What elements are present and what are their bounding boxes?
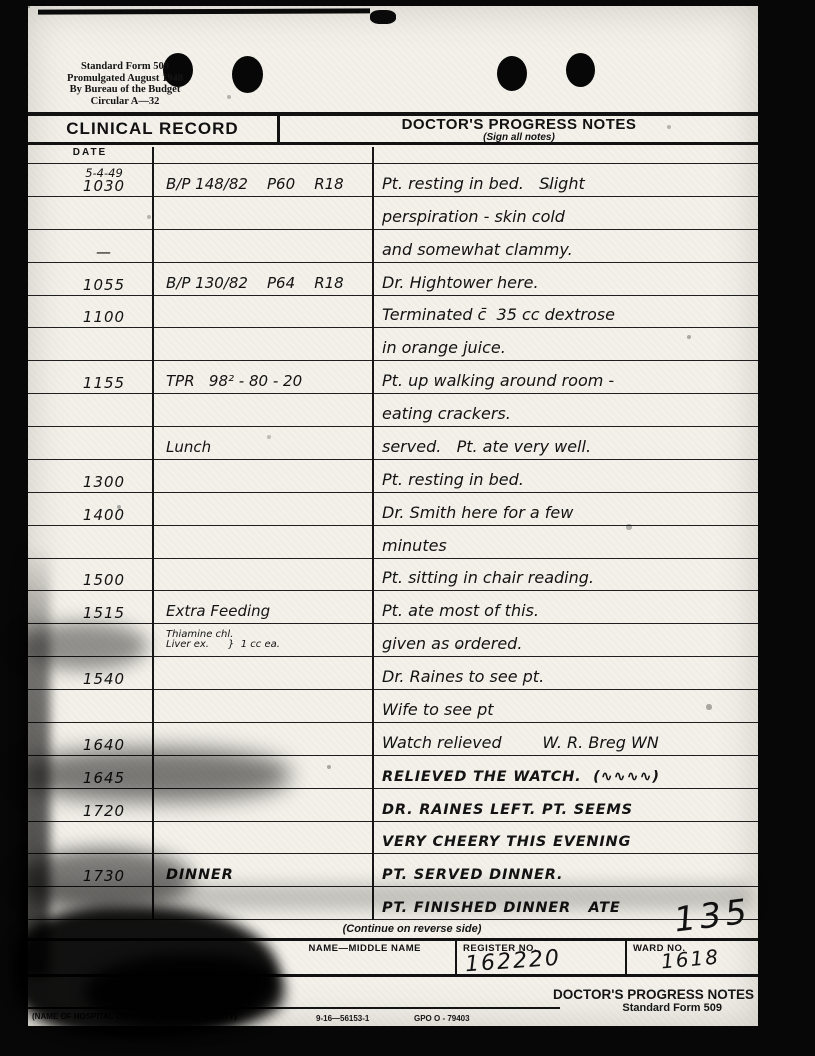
progress-entry-row: VERY CHEERY THIS EVENING [28, 822, 758, 855]
entry-vitals-cell [152, 756, 372, 788]
progress-entry-row: 1400 Dr. Smith here for a few [28, 493, 758, 526]
progress-entry-row: 1540 Dr. Raines to see pt. [28, 657, 758, 690]
entry-vitals-cell [152, 328, 372, 360]
progress-entry-row: Thiamine chl. Liver ex. } 1 cc ea. given… [28, 624, 758, 657]
entry-vitals-cell: B/P 148/82 P60 R18 [152, 164, 372, 196]
entry-vitals-cell: DINNER [152, 854, 372, 886]
title-bar: CLINICAL RECORD DOCTOR'S PROGRESS NOTES … [28, 112, 758, 145]
entry-vitals-cell: Thiamine chl. Liver ex. } 1 cc ea. [152, 624, 372, 656]
entry-vitals-cell [152, 887, 372, 919]
scanned-form-page: Standard Form 509 Promulgated August 194… [28, 6, 758, 1026]
entry-time-cell: 1730 [42, 854, 166, 886]
entry-note-cell: Terminated c̄ 35 cc dextrose [372, 296, 758, 328]
date-column-header: DATE [28, 147, 152, 158]
entry-time-cell: 5-4-49 1030 [42, 164, 166, 196]
entry-time: 1720 [83, 804, 125, 819]
continue-reverse-note: (Continue on reverse side) [272, 923, 552, 935]
stamp-line: Standard Form 509 [54, 61, 196, 73]
entry-note-cell: minutes [372, 526, 758, 558]
entry-time: 1645 [83, 771, 125, 786]
entry-time-cell: 1155 [42, 361, 166, 393]
entry-time: 1100 [83, 310, 125, 325]
progress-entry-row: 5-4-49 1030 B/P 148/82 P60 R18 Pt. resti… [28, 164, 758, 197]
entry-time-cell: 1645 [42, 756, 166, 788]
entry-time: 1730 [83, 869, 125, 884]
entry-time-cell: 1055 [42, 263, 166, 295]
progress-entry-row: minutes [28, 526, 758, 559]
gpo-code: GPO O - 79403 [414, 1014, 470, 1023]
register-no-handwritten: 162220 [464, 946, 561, 978]
entry-note-cell: Pt. ate most of this. [372, 591, 758, 623]
patient-name-label: NAME—MIDDLE NAME [309, 943, 422, 954]
entry-vitals-cell [152, 690, 372, 722]
entry-note-cell: given as ordered. [372, 624, 758, 656]
scan-specks [28, 6, 30, 8]
entry-time: 1515 [83, 606, 125, 621]
entry-note-cell: Dr. Hightower here. [372, 263, 758, 295]
punch-hole [232, 56, 263, 93]
entry-time-cell: 1515 [42, 591, 166, 623]
entry-note-cell: perspiration - skin cold [372, 197, 758, 229]
progress-entry-row: in orange juice. [28, 328, 758, 361]
entry-time: 1055 [83, 278, 125, 293]
stamp-line: By Bureau of the Budget [54, 84, 196, 96]
entry-time-cell: 1300 [42, 460, 166, 492]
progress-entry-row: perspiration - skin cold [28, 197, 758, 230]
entry-time: 1155 [83, 376, 125, 391]
entry-note-cell: VERY CHEERY THIS EVENING [372, 822, 758, 854]
entry-vitals-cell [152, 789, 372, 821]
entry-vitals-cell: Lunch [152, 427, 372, 459]
clinical-record-title: CLINICAL RECORD [28, 116, 280, 142]
entry-vitals-cell: TPR 98² - 80 - 20 [152, 361, 372, 393]
ward-no-cell: WARD NO. 1618 [625, 941, 758, 974]
entry-note-cell: Dr. Raines to see pt. [372, 657, 758, 689]
entry-time-cell: 1720 [42, 789, 166, 821]
entry-time-cell: 1100 [42, 296, 166, 328]
entry-vitals-cell [152, 657, 372, 689]
progress-entry-row: 1720 DR. RAINES LEFT. PT. SEEMS [28, 789, 758, 822]
footer-form-number: Standard Form 509 [622, 1002, 722, 1014]
identification-footer: NAME—MIDDLE NAME REGISTER NO. 162220 WAR… [28, 938, 758, 977]
entry-note-cell: Wife to see pt [372, 690, 758, 722]
entry-vitals-cell [152, 394, 372, 426]
sign-all-notes-subtitle: (Sign all notes) [483, 132, 555, 143]
entry-vitals-cell [152, 296, 372, 328]
entry-note-cell: Pt. up walking around room - [372, 361, 758, 393]
entry-note-cell: Pt. resting in bed. Slight [372, 164, 758, 196]
facility-label: (NAME OF HOSPITAL OR OTHER MEDICAL FACIL… [32, 1012, 237, 1021]
scan-artifact [38, 8, 370, 14]
progress-entry-row: Lunch served. Pt. ate very well. [28, 427, 758, 460]
entry-time: 1500 [83, 573, 125, 588]
page-number-handwritten: 135 [672, 891, 753, 940]
entry-note-cell: Pt. sitting in chair reading. [372, 559, 758, 591]
punch-hole [566, 53, 595, 87]
entry-time-cell [42, 427, 166, 459]
entry-time-cell: 1640 [42, 723, 166, 755]
entry-vitals-cell: B/P 130/82 P64 R18 [152, 263, 372, 295]
entry-vitals-cell [152, 723, 372, 755]
entry-time-cell [42, 624, 166, 656]
entry-time-cell [42, 822, 166, 854]
stamp-line: Circular A—32 [54, 96, 196, 108]
progress-entry-row: 1640 Watch relieved W. R. Breg WN [28, 723, 758, 756]
entry-note-cell: eating crackers. [372, 394, 758, 426]
facility-rule [28, 1007, 560, 1009]
progress-entry-row: — and somewhat clammy. [28, 230, 758, 263]
progress-entry-row: 1730 DINNER PT. SERVED DINNER. [28, 854, 758, 887]
form-stamp: Standard Form 509 Promulgated August 194… [54, 61, 196, 107]
entry-note-cell: RELIEVED THE WATCH. (∿∿∿∿) [372, 756, 758, 788]
entry-note-cell: PT. SERVED DINNER. [372, 854, 758, 886]
entry-time-cell [42, 394, 166, 426]
entry-time-cell [42, 690, 166, 722]
progress-entry-row: 1300 Pt. resting in bed. [28, 460, 758, 493]
entry-vitals-cell: Extra Feeding [152, 591, 372, 623]
entry-note-cell: Pt. resting in bed. [372, 460, 758, 492]
entry-vitals-cell [152, 822, 372, 854]
entry-note-cell: DR. RAINES LEFT. PT. SEEMS [372, 789, 758, 821]
entry-time-cell: 1540 [42, 657, 166, 689]
entry-time: 1030 [83, 179, 125, 194]
scan-artifact [370, 10, 396, 24]
entry-time-cell: 1400 [42, 493, 166, 525]
ward-no-handwritten: 1618 [660, 944, 721, 973]
entry-time-cell: 1500 [42, 559, 166, 591]
entries-table: 5-4-49 1030 B/P 148/82 P60 R18 Pt. resti… [28, 163, 758, 920]
progress-entry-row: 1155 TPR 98² - 80 - 20 Pt. up walking ar… [28, 361, 758, 394]
entry-note-cell: Watch relieved W. R. Breg WN [372, 723, 758, 755]
entry-time-cell [42, 328, 166, 360]
patient-name-cell: NAME—MIDDLE NAME [28, 941, 455, 974]
entry-time: 1540 [83, 672, 125, 687]
stamp-line: Promulgated August 1948 [54, 73, 196, 85]
progress-entry-row: eating crackers. [28, 394, 758, 427]
progress-entry-row: 1500 Pt. sitting in chair reading. [28, 559, 758, 592]
entry-time: 1300 [83, 475, 125, 490]
entry-note-cell: Dr. Smith here for a few [372, 493, 758, 525]
entry-time-cell [42, 197, 166, 229]
entry-time-cell [42, 887, 166, 919]
entry-note-cell: served. Pt. ate very well. [372, 427, 758, 459]
progress-entry-row: 1100 Terminated c̄ 35 cc dextrose [28, 296, 758, 329]
entry-time-cell: — [42, 230, 166, 262]
progress-entry-row: PT. FINISHED DINNER ATE [28, 887, 758, 920]
entry-time: — [96, 245, 112, 260]
entry-vitals-cell [152, 197, 372, 229]
entry-time: 1640 [83, 738, 125, 753]
progress-entry-row: 1515 Extra Feeding Pt. ate most of this. [28, 591, 758, 624]
entry-vitals-cell [152, 493, 372, 525]
punch-hole [497, 56, 527, 91]
entry-vitals-cell [152, 559, 372, 591]
entry-time: 1400 [83, 508, 125, 523]
entry-vitals-cell [152, 230, 372, 262]
entry-vitals-cell [152, 526, 372, 558]
progress-entry-row: 1645 RELIEVED THE WATCH. (∿∿∿∿) [28, 756, 758, 789]
column-divider [152, 147, 154, 920]
entry-vitals-cell [152, 460, 372, 492]
entry-note-cell: and somewhat clammy. [372, 230, 758, 262]
progress-notes-title: DOCTOR'S PROGRESS NOTES [402, 116, 637, 133]
column-divider [372, 147, 374, 920]
register-no-cell: REGISTER NO. 162220 [455, 941, 625, 974]
footer-form-title: DOCTOR'S PROGRESS NOTES [553, 987, 754, 1002]
print-code: 9-16—56153-1 [316, 1014, 369, 1023]
progress-notes-title-block: DOCTOR'S PROGRESS NOTES (Sign all notes) [280, 116, 758, 142]
progress-entry-row: Wife to see pt [28, 690, 758, 723]
progress-entry-row: 1055 B/P 130/82 P64 R18 Dr. Hightower he… [28, 263, 758, 296]
entry-note-cell: in orange juice. [372, 328, 758, 360]
entry-time-cell [42, 526, 166, 558]
